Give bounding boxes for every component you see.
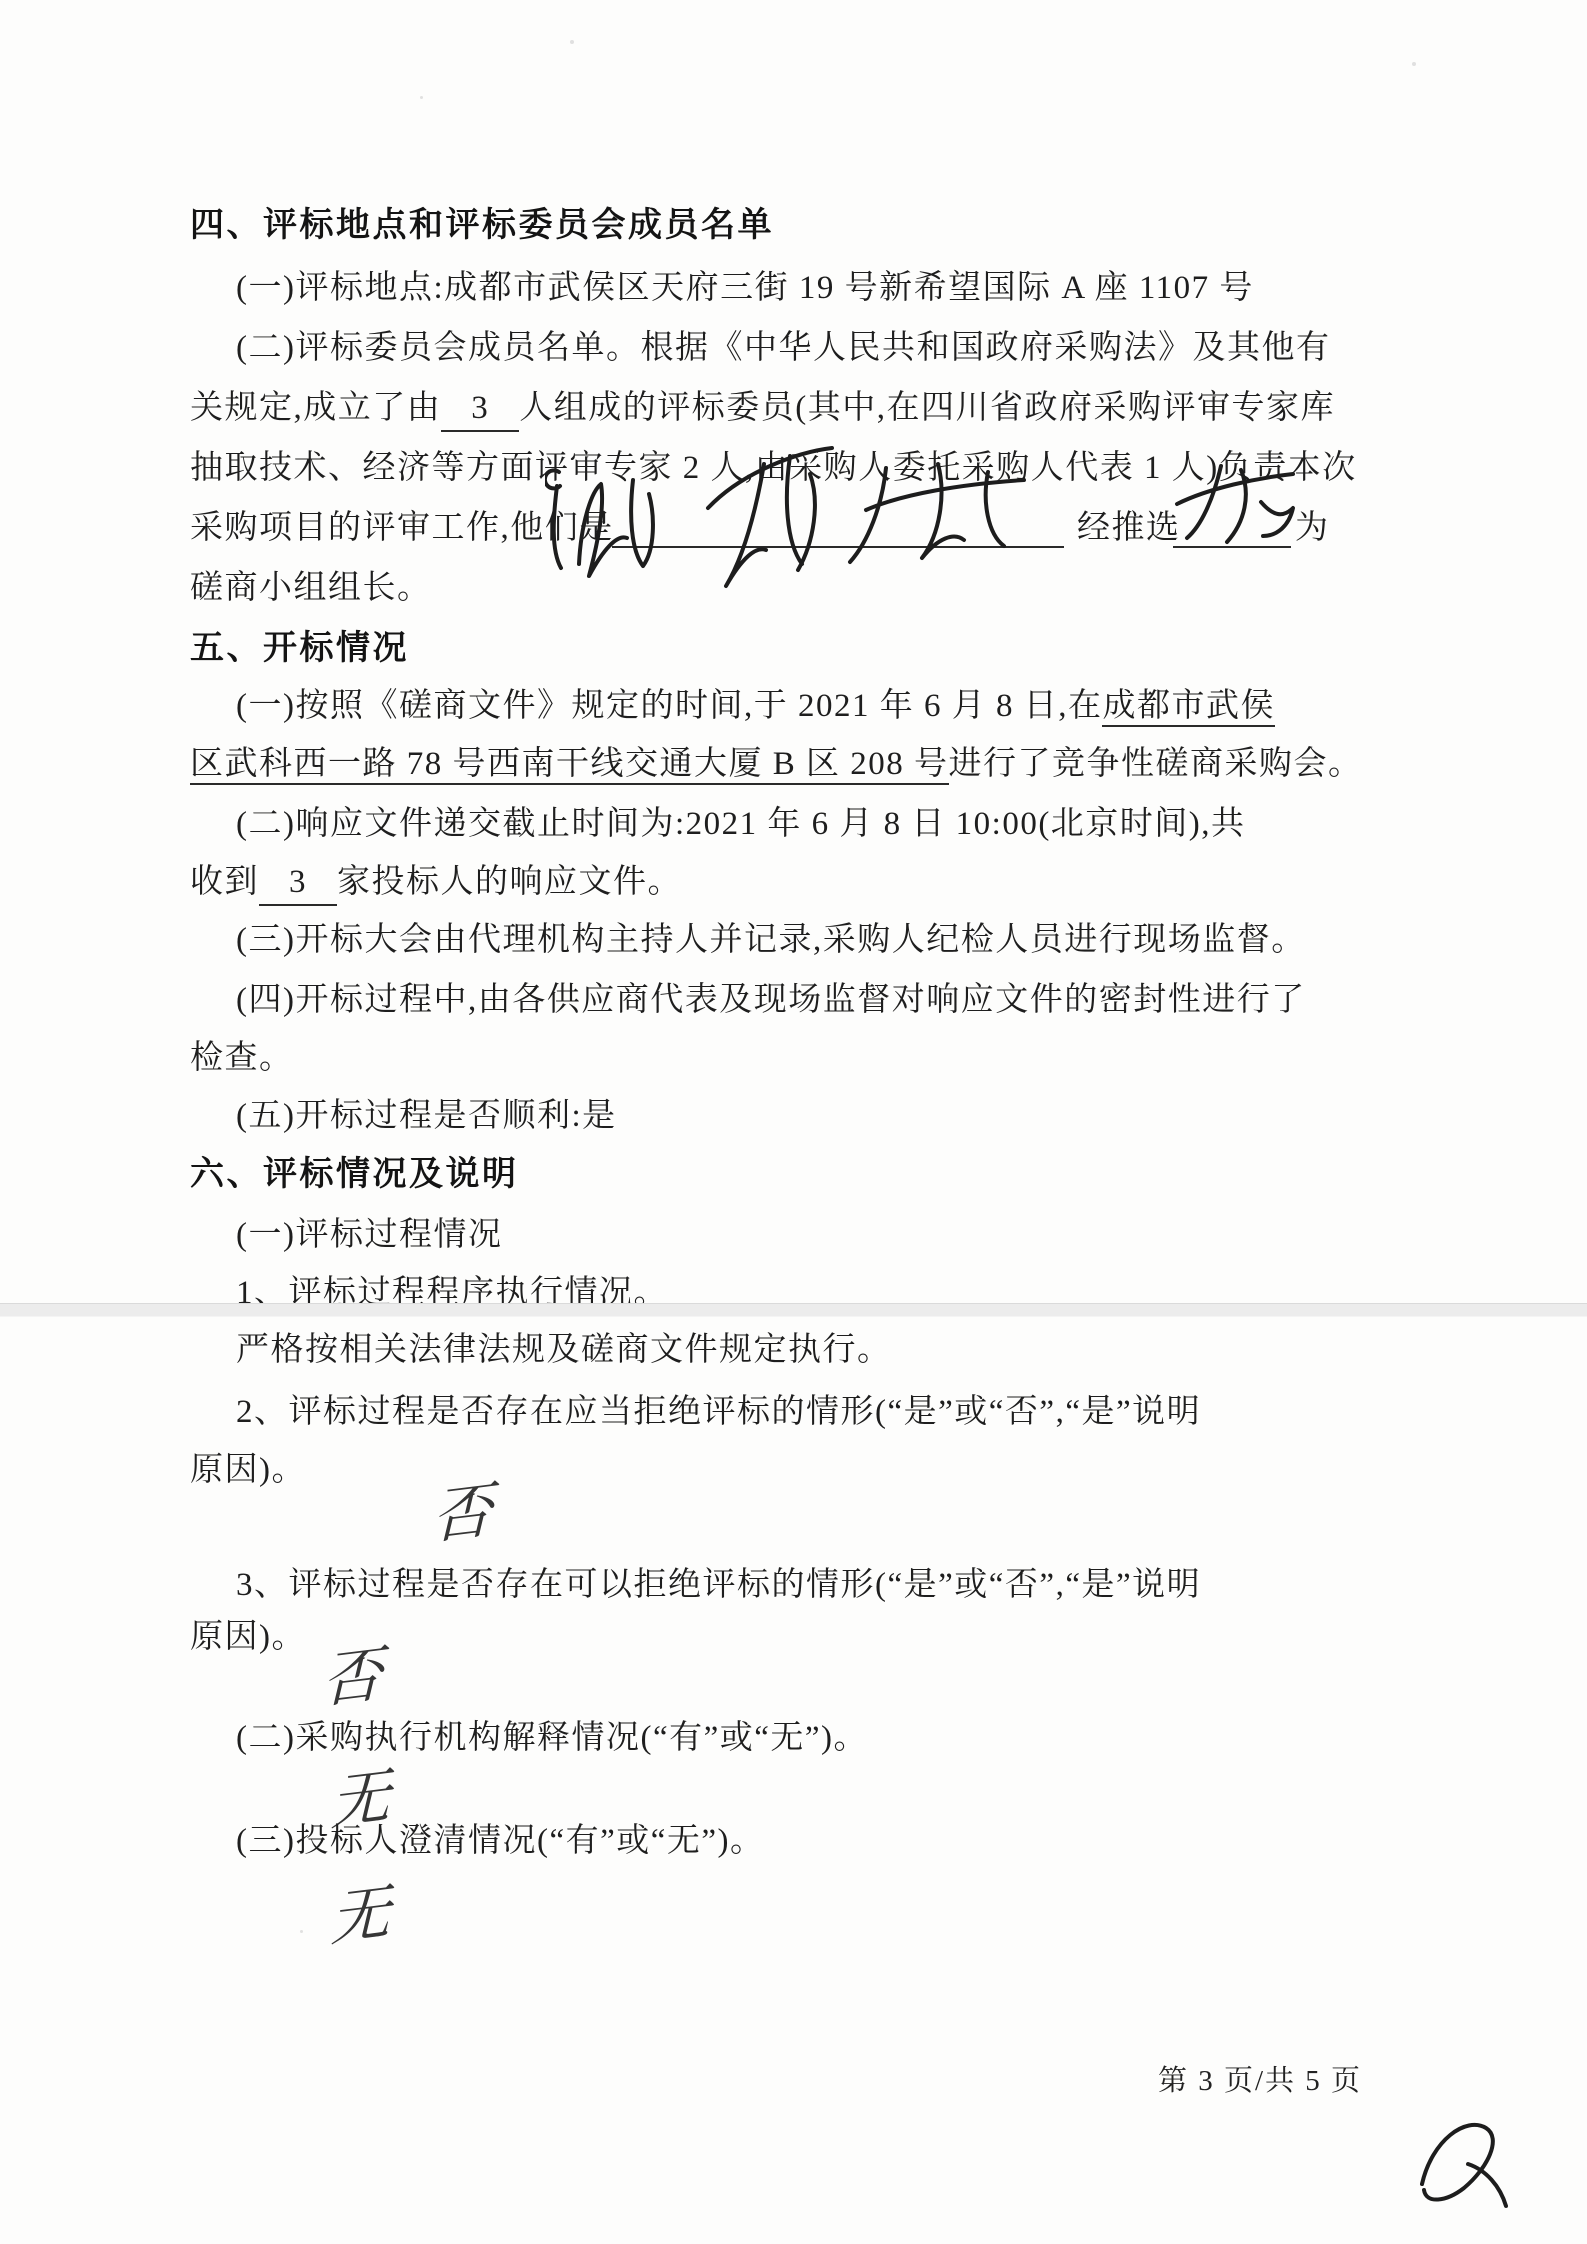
section5-line6: (四)开标过程中,由各供应商代表及现场监督对响应文件的密封性进行了 [236,978,1306,1022]
section6-line7: 原因)。 [190,1615,306,1659]
text-run: (一)按照《磋商文件》规定的时间,于 2021 年 6 月 8 日,在 [236,688,1102,724]
section4-line6: 磋商小组组长。 [190,566,432,610]
section4-line1: (一)评标地点:成都市武侯区天府三街 19 号新希望国际 A 座 1107 号 [236,266,1254,310]
text-run: 人组成的评标委员(其中,在四川省政府采购评审专家库 [519,390,1335,426]
section6-line4: 2、评标过程是否存在应当拒绝评标的情形(“是”或“否”,“是”说明 [236,1390,1201,1434]
section6-heading: 六、评标情况及说明 [190,1152,519,1196]
underlined-text: 区武科西一路 78 号西南干线交通大厦 B 区 208 号 [190,746,949,785]
section4-line3: 关规定,成立了由3人组成的评标委员(其中,在四川省政府采购评审专家库 [190,386,1335,432]
text-run: 家投标人的响应文件。 [337,864,682,900]
handwritten-answer-none-2: 无 [330,1864,390,1958]
section6-line9: (三)投标人澄清情况(“有”或“无”)。 [236,1819,765,1863]
section6-line8: (二)采购执行机构解释情况(“有”或“无”)。 [236,1716,868,1760]
scan-speck [300,1930,303,1933]
section5-line8: (五)开标过程是否顺利:是 [236,1094,617,1138]
section4-line5-post: 为 [1295,506,1330,550]
page-number-label: 第 3 页/共 5 页 [1158,2058,1362,2099]
section5-line3: (二)响应文件递交截止时间为:2021 年 6 月 8 日 10:00(北京时间… [236,802,1246,846]
section4-line2: (二)评标委员会成员名单。根据《中华人民共和国政府采购法》及其他有 [236,326,1330,370]
handwritten-signature-2 [690,438,840,598]
handwritten-signature-3 [842,450,1032,580]
handwritten-answer-no-1: 否 [432,1462,492,1556]
section5-line7: 检查。 [190,1036,294,1080]
section5-line4: 收到3家投标人的响应文件。 [190,860,682,906]
text-run: 关规定,成立了由 [190,390,441,426]
section5-line5: (三)开标大会由代理机构主持人并记录,采购人纪检人员进行现场监督。 [236,918,1306,962]
section5-heading: 五、开标情况 [190,626,409,670]
scan-speck [420,96,423,99]
underlined-number: 3 [259,860,337,906]
handwritten-corner-mark [1402,2106,1522,2221]
underlined-number: 3 [441,386,519,432]
section6-line6: 3、评标过程是否存在可以拒绝评标的情形(“是”或“否”,“是”说明 [236,1563,1201,1607]
scan-speck [1412,62,1416,66]
section6-line3: 严格按相关法律法规及磋商文件规定执行。 [236,1328,892,1372]
section5-line2: 区武科西一路 78 号西南干线交通大厦 B 区 208 号进行了竞争性磋商采购会… [190,742,1363,786]
scan-artifact-band [0,1303,1587,1317]
underlined-text: 成都市武侯 [1102,688,1275,727]
handwritten-signature-4 [1165,452,1305,562]
text-run: 进行了竞争性磋商采购会。 [949,746,1363,782]
handwritten-answer-no-2: 否 [322,1626,382,1720]
scanned-document-page: 四、评标地点和评标委员会成员名单 (一)评标地点:成都市武侯区天府三街 19 号… [0,0,1587,2244]
section4-heading: 四、评标地点和评标委员会成员名单 [190,203,774,247]
handwritten-signature-1 [545,446,695,596]
section5-line1: (一)按照《磋商文件》规定的时间,于 2021 年 6 月 8 日,在成都市武侯 [236,684,1275,728]
scan-speck [570,40,574,44]
section6-line5: 原因)。 [190,1448,306,1492]
section6-line1: (一)评标过程情况 [236,1213,502,1257]
text-run: 收到 [190,864,259,900]
